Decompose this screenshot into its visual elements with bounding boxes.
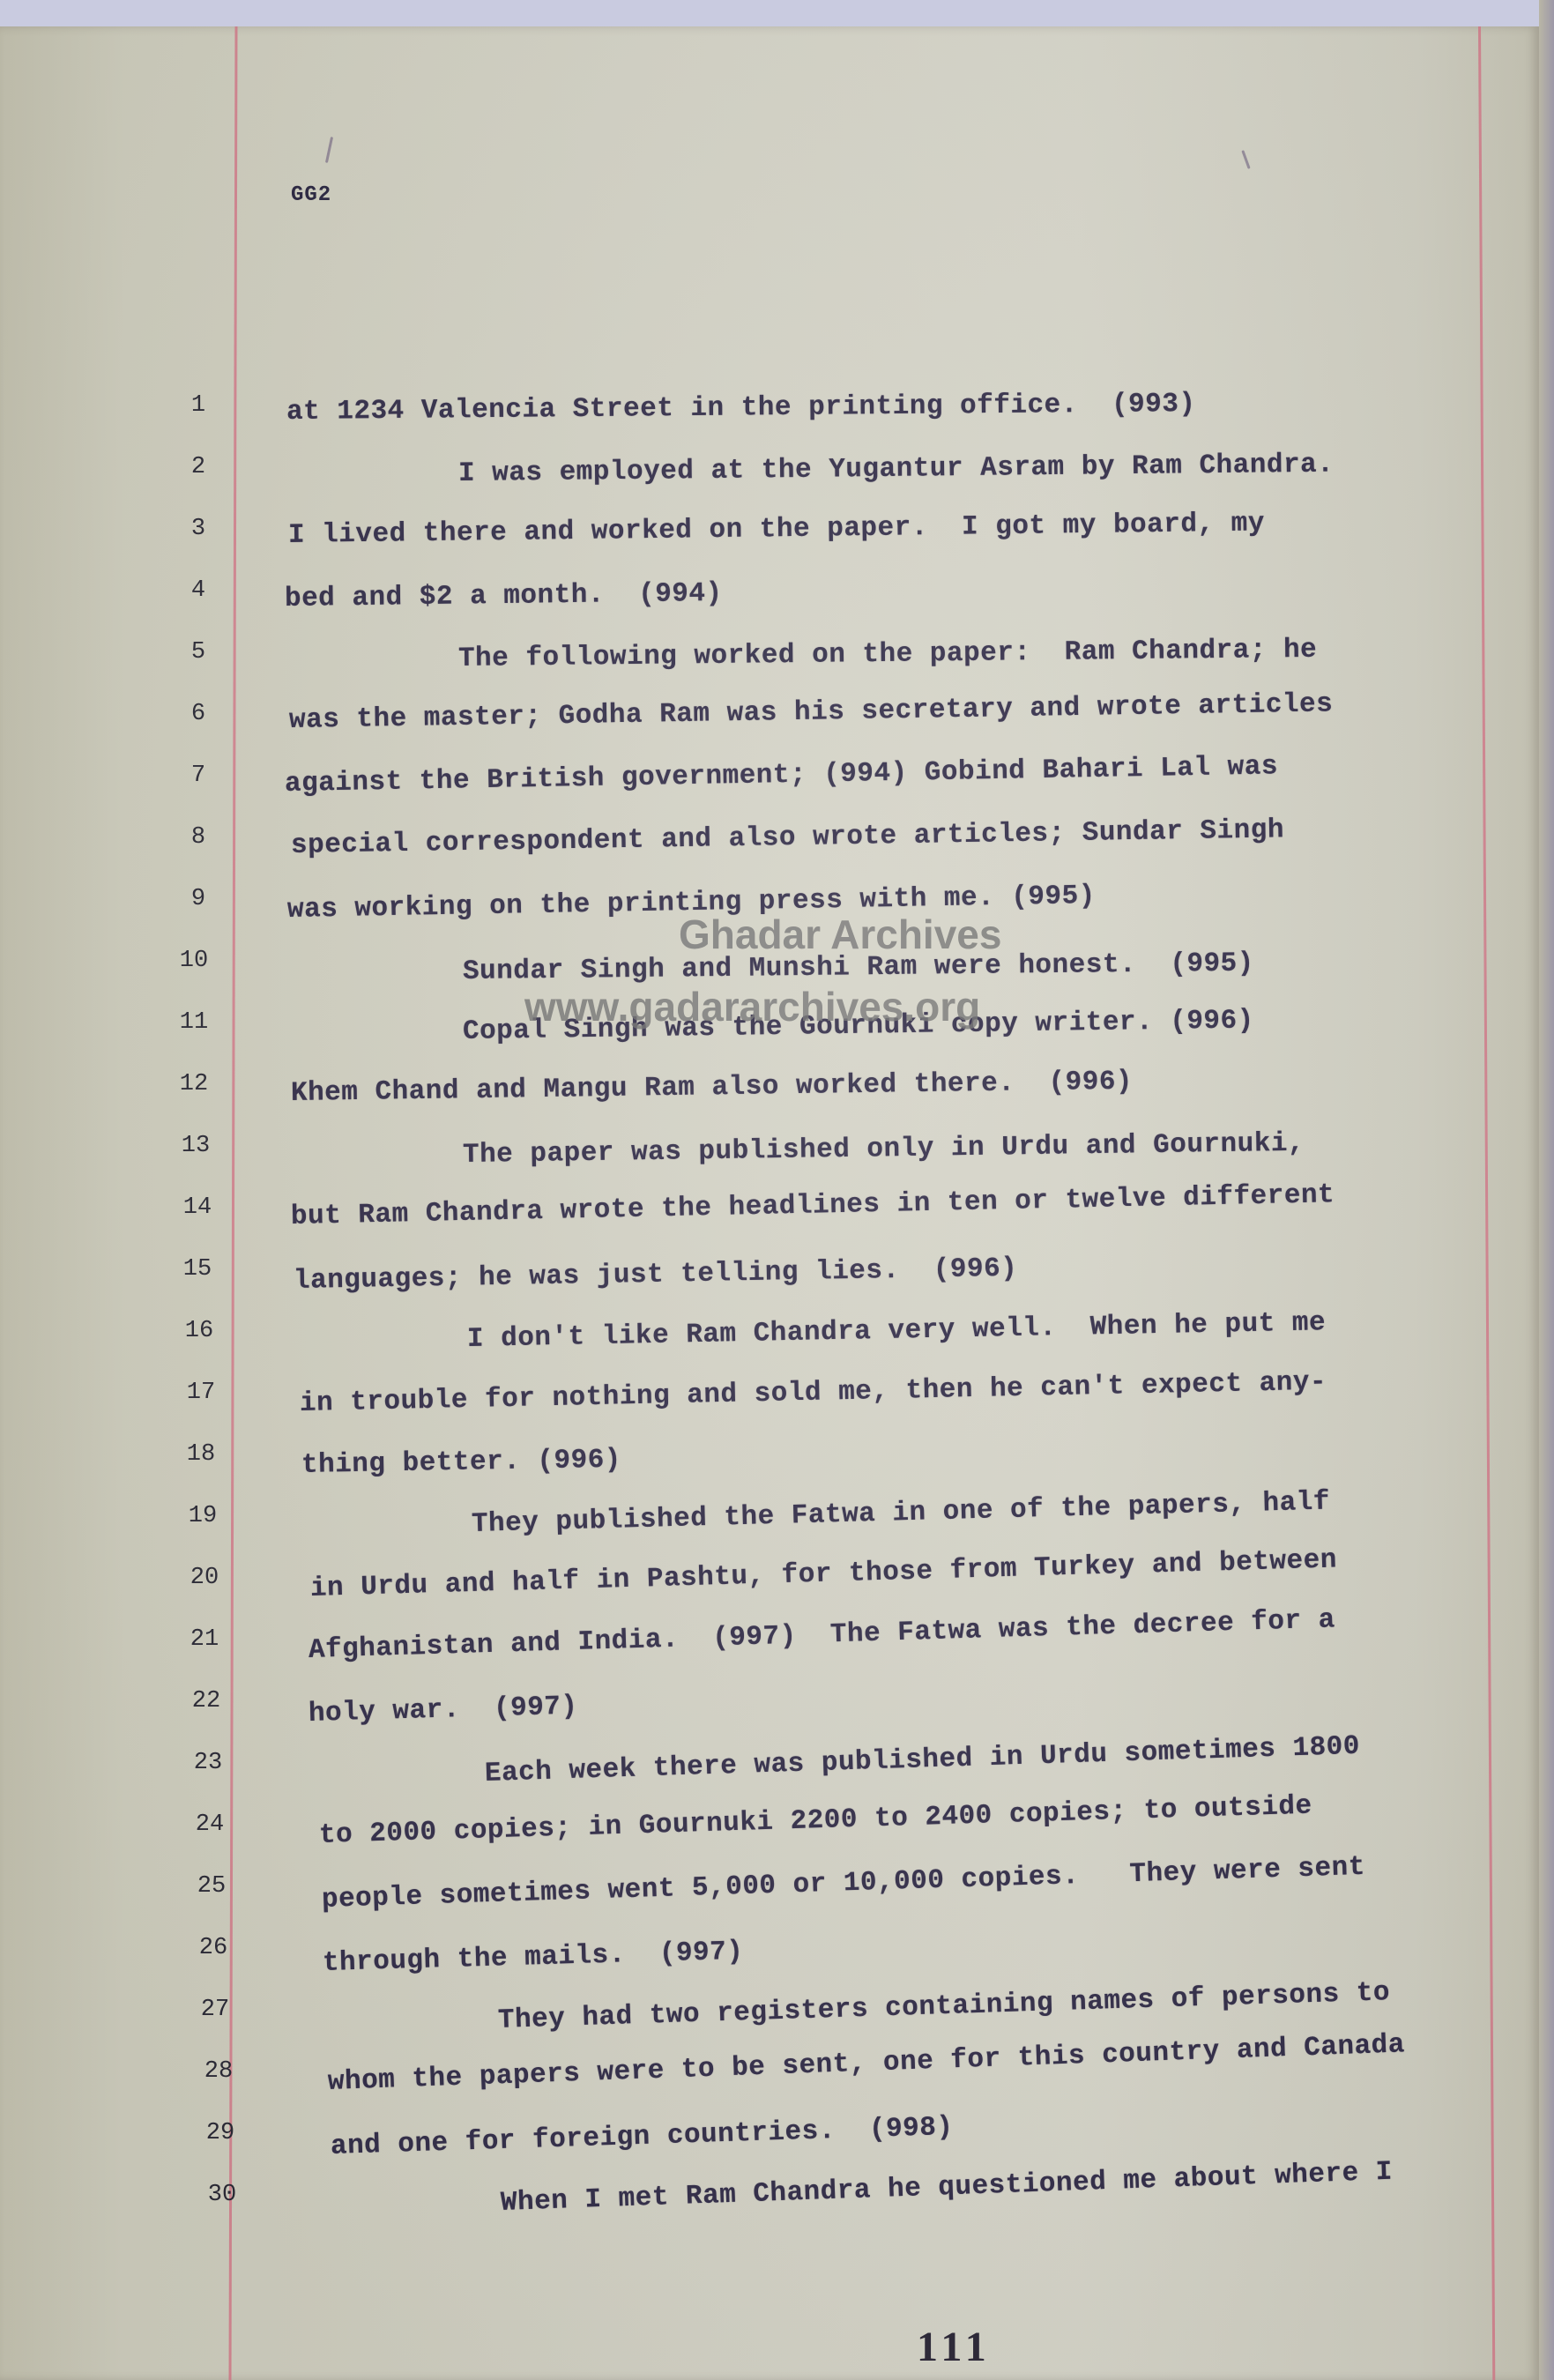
transcript-line: and one for foreign countries. (998) — [330, 2112, 954, 2162]
transcript-line: but Ram Chandra wrote the headlines in t… — [291, 1179, 1335, 1232]
transcript-line: The paper was published only in Urdu and… — [463, 1128, 1305, 1171]
transcript-line: They had two registers containing names … — [497, 1977, 1390, 2036]
transcript-line: people sometimes went 5,000 or 10,000 co… — [321, 1852, 1365, 1915]
line-number: 10 — [167, 948, 220, 974]
transcript-line: at 1234 Valencia Street in the printing … — [286, 389, 1196, 428]
transcript-line: in trouble for nothing and sold me, then… — [300, 1367, 1327, 1419]
pencil-mark — [1241, 150, 1250, 169]
line-number: 1 — [172, 392, 225, 419]
transcript-line: Khem Chand and Mangu Ram also worked the… — [291, 1067, 1134, 1109]
line-number: 20 — [178, 1565, 231, 1591]
transcript-line: holy war. (997) — [309, 1691, 579, 1729]
transcript-line: to 2000 copies; in Gournuki 2200 to 2400… — [318, 1791, 1312, 1851]
right-margin-rule — [1478, 26, 1495, 2380]
line-number: 18 — [175, 1441, 227, 1468]
transcript-line: When I met Ram Chandra he questioned me … — [500, 2157, 1393, 2219]
page-edge-shadow — [1539, 0, 1554, 2380]
line-number: 16 — [173, 1318, 226, 1344]
transcript-line: in Urdu and half in Pashtu, for those fr… — [310, 1544, 1338, 1604]
transcript-line: against the British government; (994) Go… — [285, 751, 1279, 800]
document-code: GG2 — [291, 183, 331, 207]
transcript-line: I was employed at the Yugantur Asram by … — [458, 450, 1335, 489]
line-number: 5 — [172, 639, 225, 666]
line-number: 11 — [167, 1009, 220, 1036]
watermark-url: www.gadararchives.org — [524, 983, 1141, 1030]
transcript-line: I don't like Ram Chandra very well. When… — [467, 1307, 1327, 1355]
transcript-line: thing better. (996) — [301, 1445, 622, 1481]
line-number: 2 — [172, 454, 225, 480]
transcript-line: I lived there and worked on the paper. I… — [288, 508, 1265, 551]
line-number: 21 — [178, 1626, 231, 1653]
line-number: 12 — [167, 1071, 220, 1097]
line-number: 8 — [172, 824, 225, 851]
line-number: 19 — [176, 1503, 229, 1529]
line-number: 30 — [196, 2182, 249, 2208]
line-number: 22 — [180, 1688, 233, 1714]
transcript-line: languages; he was just telling lies. (99… — [294, 1253, 1018, 1297]
page-number: 111 — [917, 2323, 992, 2371]
line-number: 3 — [172, 516, 225, 542]
line-number: 9 — [172, 886, 225, 912]
left-margin-rule — [229, 26, 238, 2380]
line-number: 28 — [192, 2058, 245, 2085]
pencil-mark — [325, 137, 333, 163]
transcript-line: through the mails. (997) — [323, 1937, 744, 1979]
transcript-line: whom the papers were to be sent, one for… — [327, 2029, 1405, 2098]
line-number: 6 — [172, 701, 225, 727]
line-number: 17 — [175, 1380, 227, 1406]
line-number: 13 — [169, 1133, 222, 1159]
transcript-line: The following worked on the paper: Ram C… — [458, 635, 1318, 674]
line-number: 15 — [171, 1256, 224, 1283]
line-number: 26 — [187, 1935, 240, 1961]
transcript-line: special correspondent and also wrote art… — [291, 814, 1285, 861]
transcript-line: was the master; Godha Ram was his secret… — [289, 688, 1334, 736]
transcript-line: bed and $2 a month. (994) — [285, 578, 723, 614]
line-number: 23 — [182, 1750, 234, 1776]
typewritten-page: GG2 123456789101112131415161718192021222… — [0, 26, 1539, 2380]
line-number: 27 — [189, 1997, 242, 2023]
line-number: 25 — [185, 1873, 238, 1900]
line-number: 29 — [194, 2120, 247, 2146]
transcript-line: Afghanistan and India. (997) The Fatwa w… — [308, 1604, 1335, 1666]
line-number: 7 — [172, 762, 225, 789]
line-number: 24 — [183, 1811, 236, 1838]
watermark-title: Ghadar Archives — [679, 911, 1208, 958]
transcript-line: Each week there was published in Urdu so… — [484, 1731, 1360, 1789]
line-number: 4 — [172, 577, 225, 604]
transcript-line: They published the Fatwa in one of the p… — [472, 1487, 1331, 1540]
line-number: 14 — [171, 1194, 224, 1221]
